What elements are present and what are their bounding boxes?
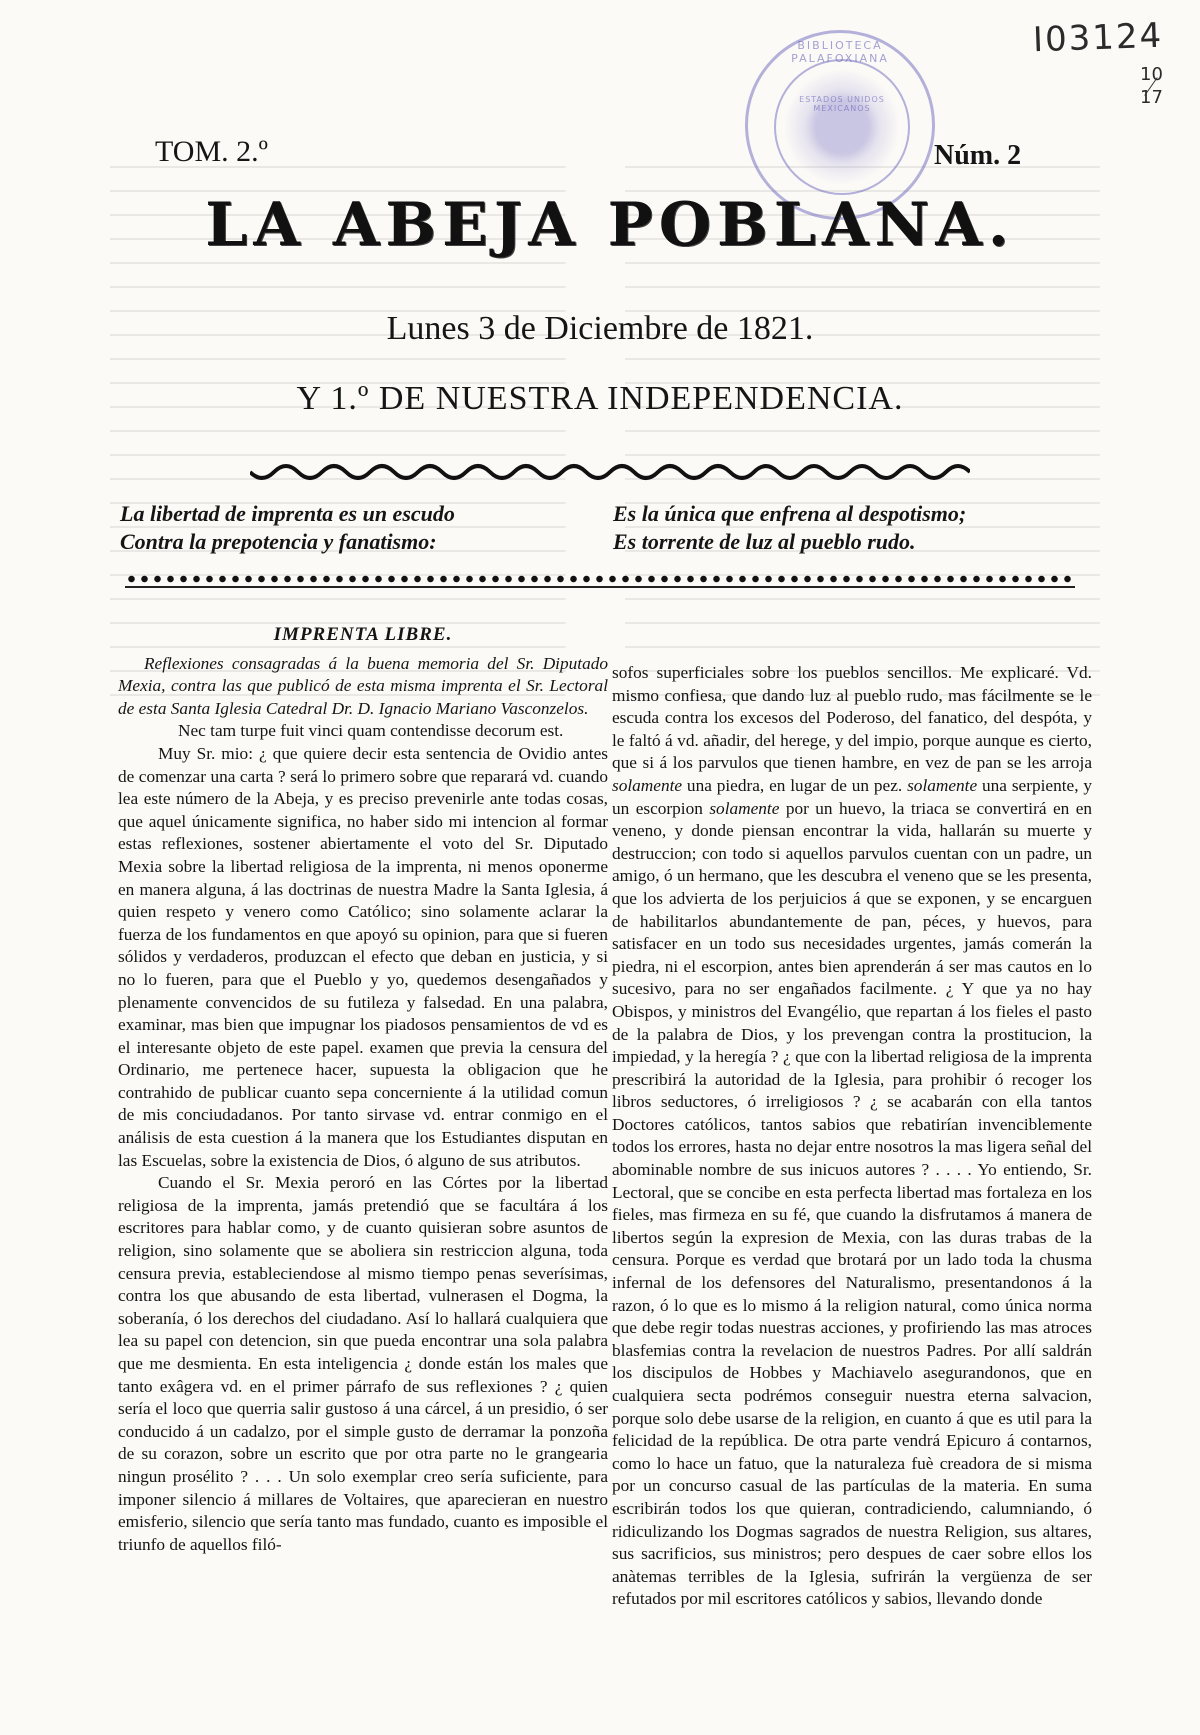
wavy-ornament-icon bbox=[250, 460, 970, 486]
section-title: IMPRENTA LIBRE. bbox=[118, 624, 608, 647]
issue-number: Núm. 2 bbox=[934, 140, 1021, 172]
paragraph: Cuando el Sr. Mexia peroró en las Córtes… bbox=[118, 1172, 608, 1556]
paragraph-continued: sofos superficiales sobre los pueblos se… bbox=[612, 662, 1092, 1611]
article-subtitle: Reflexiones consagradas á la buena memor… bbox=[118, 653, 608, 721]
motto-left: La libertad de imprenta es un escudo Con… bbox=[120, 500, 455, 556]
issue-date: Lunes 3 de Diciembre de 1821. bbox=[300, 310, 900, 348]
paragraph: Muy Sr. mio: ¿ que quiere decir esta sen… bbox=[118, 743, 608, 1172]
motto-right-line-1: Es la única que enfrena al despotismo; bbox=[613, 500, 966, 528]
article-column-right: sofos superficiales sobre los pueblos se… bbox=[612, 662, 1092, 1611]
latin-epigraph: Nec tam turpe fuit vinci quam contendiss… bbox=[118, 720, 608, 743]
eagle-emblem-icon: ESTADOS UNIDOS MEXICANOS bbox=[774, 59, 910, 195]
newspaper-title: LA ABEJA POBLANA. bbox=[180, 190, 1040, 260]
volume-label: TOM. 2.º bbox=[155, 135, 268, 169]
wavy-rule-divider bbox=[250, 460, 970, 486]
dotted-rule-divider bbox=[125, 572, 1075, 588]
article-column-left: IMPRENTA LIBRE. Reflexiones consagradas … bbox=[118, 624, 608, 1556]
stamp-inner-text: ESTADOS UNIDOS MEXICANOS bbox=[776, 95, 908, 113]
motto-right-line-2: Es torrente de luz al pueblo rudo. bbox=[613, 528, 966, 556]
folio-mark: 10 17 bbox=[1140, 66, 1163, 107]
motto-left-line-1: La libertad de imprenta es un escudo bbox=[120, 500, 455, 528]
independence-year: Y 1.º DE NUESTRA INDEPENDENCIA. bbox=[200, 380, 1000, 418]
folio-bottom: 17 bbox=[1140, 87, 1163, 108]
motto-right: Es la única que enfrena al despotismo; E… bbox=[613, 500, 966, 556]
archive-number: I03124 bbox=[1032, 16, 1164, 61]
motto-left-line-2: Contra la prepotencia y fanatismo: bbox=[120, 528, 455, 556]
folio-top: 10 bbox=[1140, 64, 1163, 85]
